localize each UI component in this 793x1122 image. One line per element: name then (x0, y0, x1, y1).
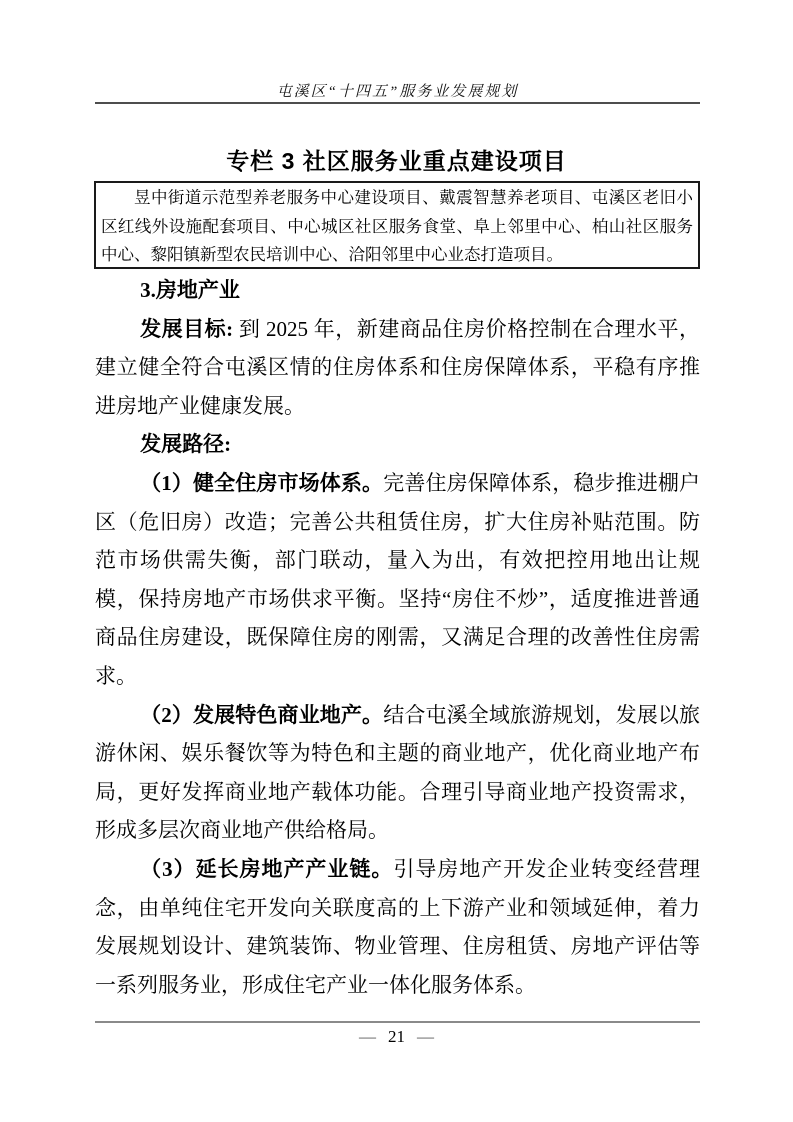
footer-left-dash: — (359, 1027, 376, 1046)
paragraph-item-2-lead: （2）发展特色商业地产。 (140, 703, 383, 727)
paragraph-development-path: 发展路径: (95, 425, 700, 464)
paragraph-development-path-lead: 发展路径: (140, 432, 231, 456)
document-page: 屯溪区“十四五”服务业发展规划 专栏 3 社区服务业重点建设项目 昱中街道示范型… (0, 0, 793, 1122)
column-box: 昱中街道示范型养老服务中心建设项目、戴震智慧养老项目、屯溪区老旧小区红线外设施配… (94, 181, 700, 269)
paragraph-item-3: （3）延长房地产产业链。引导房地产开发企业转变经营理念，由单纯住宅开发向关联度高… (95, 850, 700, 1004)
footer-page-number: 21 (388, 1027, 405, 1046)
section-heading: 3.房地产业 (95, 271, 700, 310)
column-box-content: 昱中街道示范型养老服务中心建设项目、戴震智慧养老项目、屯溪区老旧小区红线外设施配… (101, 184, 693, 270)
paragraph-item-1: （1）健全住房市场体系。完善住房保障体系，稳步推进棚户区（危旧房）改造；完善公共… (95, 464, 700, 696)
paragraph-item-3-lead: （3）延长房地产产业链。 (140, 857, 393, 881)
footer-right-dash: — (417, 1027, 434, 1046)
paragraph-item-2: （2）发展特色商业地产。结合屯溪全域旅游规划，发展以旅游休闲、娱乐餐饮等为特色和… (95, 696, 700, 850)
paragraph-development-goal-lead: 发展目标: (140, 317, 233, 341)
column-box-title: 专栏 3 社区服务业重点建设项目 (0, 143, 793, 176)
header-rule (95, 102, 700, 104)
main-text-block: 3.房地产业 发展目标: 到 2025 年，新建商品住房价格控制在合理水平，建立… (95, 271, 700, 1004)
running-header-title: 屯溪区“十四五”服务业发展规划 (95, 80, 700, 101)
footer: —21— (0, 1027, 793, 1047)
paragraph-item-1-text: 完善住房保障体系，稳步推进棚户区（危旧房）改造；完善公共租赁住房，扩大住房补贴范… (95, 471, 700, 688)
section-heading-text: 3.房地产业 (140, 278, 240, 302)
paragraph-development-goal: 发展目标: 到 2025 年，新建商品住房价格控制在合理水平，建立健全符合屯溪区… (95, 310, 700, 426)
footer-rule (95, 1021, 700, 1023)
paragraph-item-1-lead: （1）健全住房市场体系。 (140, 471, 383, 495)
